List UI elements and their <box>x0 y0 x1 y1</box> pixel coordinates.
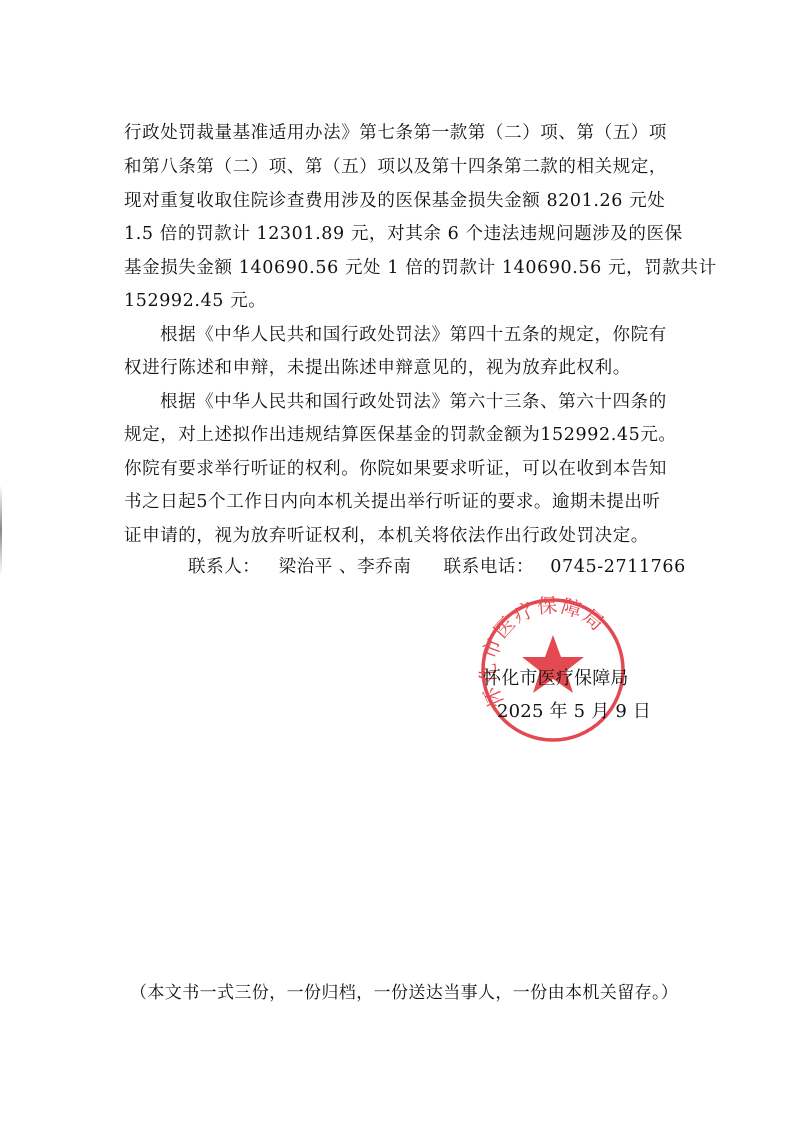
copies-note: （本文书一式三份，一份归档，一份送达当事人，一份由本机关留存。） <box>130 978 678 1003</box>
document-page: 行政处罚裁量基准适用办法》第七条第一款第（二）项、第（五）项 和第八条第（二）项… <box>0 0 793 1122</box>
text-line: 152992.45 元。 <box>124 291 684 311</box>
text-line: 根据《中华人民共和国行政处罚法》第六十三条、第六十四条的 <box>160 392 720 412</box>
text-line: 根据《中华人民共和国行政处罚法》第四十五条的规定，你院有 <box>160 325 720 345</box>
contact-names: 梁治平 、李乔南 <box>279 553 412 578</box>
contact-line: 联系人： 梁治平 、李乔南 联系电话： 0745-2711766 <box>188 553 686 578</box>
text-line: 1.5 倍的罚款计 12301.89 元，对其余 6 个违法违规问题涉及的医保 <box>124 224 684 244</box>
phone-label: 联系电话： <box>444 553 535 578</box>
contact-label: 联系人： <box>188 553 260 578</box>
svg-text:怀化市医疗保障局: 怀化市医疗保障局 <box>478 595 610 711</box>
text-line: 书之日起5个工作日内向本机关提出举行听证的要求。逾期未提出听 <box>124 492 684 512</box>
scan-edge-mark <box>0 485 2 575</box>
text-line: 现对重复收取住院诊查费用涉及的医保基金损失金额 8201.26 元处 <box>124 191 684 211</box>
signing-organization: 怀化市医疗保障局 <box>483 664 629 690</box>
text-line: 和第八条第（二）项、第（五）项以及第十四条第二款的相关规定， <box>124 157 684 177</box>
text-line: 权进行陈述和申辩，未提出陈述申辩意见的，视为放弃此权利。 <box>124 358 684 378</box>
text-line: 你院有要求举行听证的权利。你院如果要求听证，可以在收到本告知 <box>124 459 684 479</box>
phone-number: 0745-2711766 <box>550 557 686 577</box>
seal-ring-text: 怀化市医疗保障局 <box>478 595 610 711</box>
text-line: 行政处罚裁量基准适用办法》第七条第一款第（二）项、第（五）项 <box>124 123 684 143</box>
signing-date: 2025 年 5 月 9 日 <box>497 697 651 723</box>
text-line: 基金损失金额 140690.56 元处 1 倍的罚款计 140690.56 元，… <box>124 258 684 278</box>
text-line: 规定，对上述拟作出违规结算医保基金的罚款金额为152992.45元。 <box>124 425 684 445</box>
text-line: 证申请的，视为放弃听证权利，本机关将依法作出行政处罚决定。 <box>124 526 684 546</box>
